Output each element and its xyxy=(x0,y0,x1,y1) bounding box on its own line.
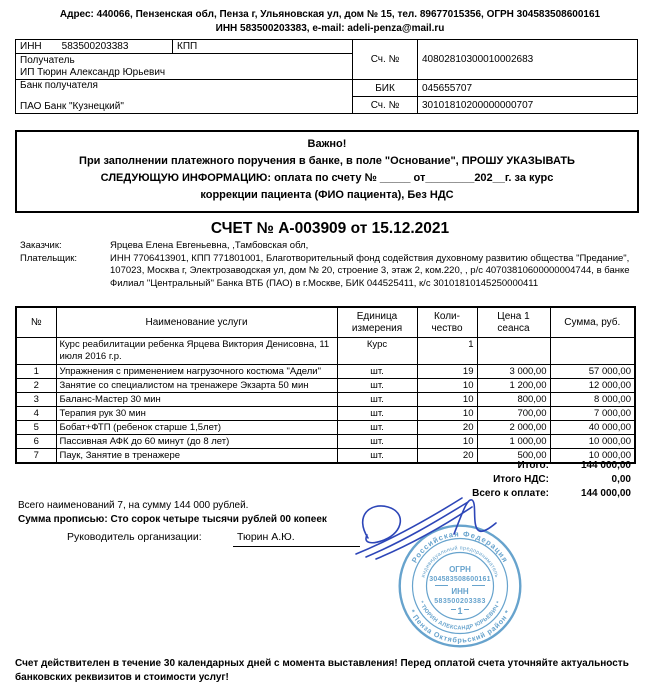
service-cell-sum: 40 000,00 xyxy=(550,421,635,435)
service-cell-name: Терапия рук 30 мин xyxy=(56,407,337,421)
service-cell-unit: Курс xyxy=(337,338,417,365)
total-vat-label: Итого НДС: xyxy=(15,473,549,487)
header-address-line2: ИНН 583500203383, e-mail: adeli-penza@ma… xyxy=(0,22,660,35)
service-cell-qty: 10 xyxy=(417,393,477,407)
summary-words-line: Сумма прописью: Сто сорок четыре тысячи … xyxy=(18,514,327,525)
bank-row-bik: Банк получателя ПАО Банк "Кузнецкий" БИК… xyxy=(16,80,638,97)
service-cell-name: Упражнения с применением нагрузочного ко… xyxy=(56,365,337,379)
service-cell-unit: шт. xyxy=(337,407,417,421)
bank-name-cell: Банк получателя ПАО Банк "Кузнецкий" xyxy=(16,80,353,114)
service-cell-unit: шт. xyxy=(337,365,417,379)
total-label: Итого: xyxy=(15,459,549,473)
service-cell-qty: 19 xyxy=(417,365,477,379)
services-table: № Наименование услуги Единицаизмерения К… xyxy=(15,306,636,464)
service-cell-price: 3 000,00 xyxy=(477,365,550,379)
col-header-unit: Единицаизмерения xyxy=(337,307,417,338)
recipient-label: Получатель xyxy=(20,55,348,67)
service-cell-sum: 57 000,00 xyxy=(550,365,635,379)
service-cell-price: 2 000,00 xyxy=(477,421,550,435)
service-cell-name: Баланс-Мастер 30 мин xyxy=(56,393,337,407)
total-row: Итого НДС: 0,00 xyxy=(15,473,634,487)
corr-label-cell: Сч. № xyxy=(353,97,418,114)
totals-block: Итого: 144 000,00 Итого НДС: 0,00 Всего … xyxy=(15,459,634,501)
parties-block: Заказчик: Ярцева Елена Евгеньевна, ,Тамб… xyxy=(20,240,642,290)
bik-label-cell: БИК xyxy=(353,80,418,97)
service-cell-num: 1 xyxy=(16,365,56,379)
customer-value: Ярцева Елена Евгеньевна, ,Тамбовская обл… xyxy=(110,240,640,253)
account-value-cell: 40802810300010002683 xyxy=(418,40,638,80)
col-header-qty: Коли-чество xyxy=(417,307,477,338)
inn-value: 583500203383 xyxy=(62,41,129,52)
col-header-sum: Сумма, руб. xyxy=(550,307,635,338)
service-cell-num: 2 xyxy=(16,379,56,393)
service-cell-price: 1 200,00 xyxy=(477,379,550,393)
col-header-name: Наименование услуги xyxy=(56,307,337,338)
service-row: 1Упражнения с применением нагрузочного к… xyxy=(16,365,635,379)
service-cell-unit: шт. xyxy=(337,379,417,393)
service-cell-num xyxy=(16,338,56,365)
services-table-header: № Наименование услуги Единицаизмерения К… xyxy=(16,307,635,338)
summary-items-line: Всего наименований 7, на сумму 144 000 р… xyxy=(18,500,248,511)
service-cell-unit: шт. xyxy=(337,435,417,449)
invoice-document: Адрес: 440066, Пензенская обл, Пенза г, … xyxy=(0,0,660,697)
account-label-cell: Сч. № xyxy=(353,40,418,80)
service-cell-name: Бобат+ФТП (ребенок старше 1,5лет) xyxy=(56,421,337,435)
service-cell-name: Пассивная АФК до 60 минут (до 8 лет) xyxy=(56,435,337,449)
footer-notice: Счет действителен в течение 30 календарн… xyxy=(15,657,660,685)
invoice-title: СЧЕТ № А-003909 от 15.12.2021 xyxy=(0,220,660,238)
stamp-inn-label: ИНН xyxy=(451,587,469,596)
handwritten-signature xyxy=(338,490,518,572)
recipient-name: ИП Тюрин Александр Юрьевич xyxy=(20,67,348,79)
notice-line2: СЛЕДУЮЩУЮ ИНФОРМАЦИЮ: оплата по счету № … xyxy=(25,170,629,187)
total-row: Итого: 144 000,00 xyxy=(15,459,634,473)
director-name: Тюрин А.Ю. xyxy=(237,531,295,543)
service-row: 2Занятие со специалистом на тренажере Эк… xyxy=(16,379,635,393)
service-cell-qty: 10 xyxy=(417,407,477,421)
service-cell-name: Курс реабилитации ребенка Ярцева Виктори… xyxy=(56,338,337,365)
services-table-body: Курс реабилитации ребенка Ярцева Виктори… xyxy=(16,338,635,464)
notice-title: Важно! xyxy=(25,136,629,153)
notice-line1: При заполнении платежного поручения в ба… xyxy=(25,153,629,170)
service-cell-name: Занятие со специалистом на тренажере Экз… xyxy=(56,379,337,393)
service-cell-unit: шт. xyxy=(337,421,417,435)
service-row: 6Пассивная АФК до 60 минут (до 8 лет)шт.… xyxy=(16,435,635,449)
service-cell-num: 5 xyxy=(16,421,56,435)
bank-name: ПАО Банк "Кузнецкий" xyxy=(20,101,348,113)
stamp-ogrn-value: 304583508600161 xyxy=(429,576,490,583)
service-cell-sum: 10 000,00 xyxy=(550,435,635,449)
total-row: Всего к оплате: 144 000,00 xyxy=(15,487,634,501)
header-address-line1: Адрес: 440066, Пензенская обл, Пенза г, … xyxy=(0,8,660,21)
service-cell-num: 4 xyxy=(16,407,56,421)
service-row: 4Терапия рук 30 миншт.10700,007 000,00 xyxy=(16,407,635,421)
service-row: Курс реабилитации ребенка Ярцева Виктори… xyxy=(16,338,635,365)
service-row: 3Баланс-Мастер 30 миншт.10800,008 000,00 xyxy=(16,393,635,407)
service-cell-price: 1 000,00 xyxy=(477,435,550,449)
total-due-value: 144 000,00 xyxy=(549,487,634,501)
service-cell-price: 700,00 xyxy=(477,407,550,421)
total-vat-value: 0,00 xyxy=(549,473,634,487)
important-notice-box: Важно! При заполнении платежного поручен… xyxy=(15,130,639,213)
bik-value-cell: 045655707 xyxy=(418,80,638,97)
service-cell-sum xyxy=(550,338,635,365)
service-cell-num: 6 xyxy=(16,435,56,449)
stamp-inn-value: 583500203383 xyxy=(434,598,486,605)
recipient-cell: Получатель ИП Тюрин Александр Юрьевич xyxy=(16,54,353,80)
service-cell-unit: шт. xyxy=(337,393,417,407)
total-value: 144 000,00 xyxy=(549,459,634,473)
service-cell-price: 800,00 xyxy=(477,393,550,407)
kpp-cell: КПП xyxy=(173,40,353,54)
col-header-price: Цена 1сеанса xyxy=(477,307,550,338)
customer-row: Заказчик: Ярцева Елена Евгеньевна, ,Тамб… xyxy=(20,240,642,253)
service-cell-qty: 10 xyxy=(417,379,477,393)
payer-row: Плательщик: ИНН 7706413901, КПП 77180100… xyxy=(20,253,642,291)
inn-cell: ИНН583500203383 xyxy=(16,40,173,54)
service-row: 5Бобат+ФТП (ребенок старше 1,5лет)шт.202… xyxy=(16,421,635,435)
payer-label: Плательщик: xyxy=(20,253,110,291)
director-label: Руководитель организации: xyxy=(67,531,202,543)
service-cell-qty: 20 xyxy=(417,421,477,435)
service-cell-price xyxy=(477,338,550,365)
service-cell-qty: 1 xyxy=(417,338,477,365)
service-cell-sum: 7 000,00 xyxy=(550,407,635,421)
stamp-number: 1 xyxy=(457,606,462,616)
bank-label: Банк получателя xyxy=(20,80,348,92)
bank-requisites-table: ИНН583500203383 КПП Сч. № 40802810300010… xyxy=(15,39,638,114)
payer-value: ИНН 7706413901, КПП 771801001, Благотвор… xyxy=(110,253,640,291)
inn-label: ИНН xyxy=(20,41,42,52)
corr-value-cell: 30101810200000000707 xyxy=(418,97,638,114)
bank-row-inn: ИНН583500203383 КПП Сч. № 40802810300010… xyxy=(16,40,638,54)
col-header-num: № xyxy=(16,307,56,338)
service-cell-sum: 8 000,00 xyxy=(550,393,635,407)
service-cell-num: 3 xyxy=(16,393,56,407)
notice-line3: коррекции пациента (ФИО пациента), Без Н… xyxy=(25,187,629,204)
service-cell-sum: 12 000,00 xyxy=(550,379,635,393)
service-cell-qty: 10 xyxy=(417,435,477,449)
customer-label: Заказчик: xyxy=(20,240,110,253)
kpp-label: КПП xyxy=(177,41,197,52)
